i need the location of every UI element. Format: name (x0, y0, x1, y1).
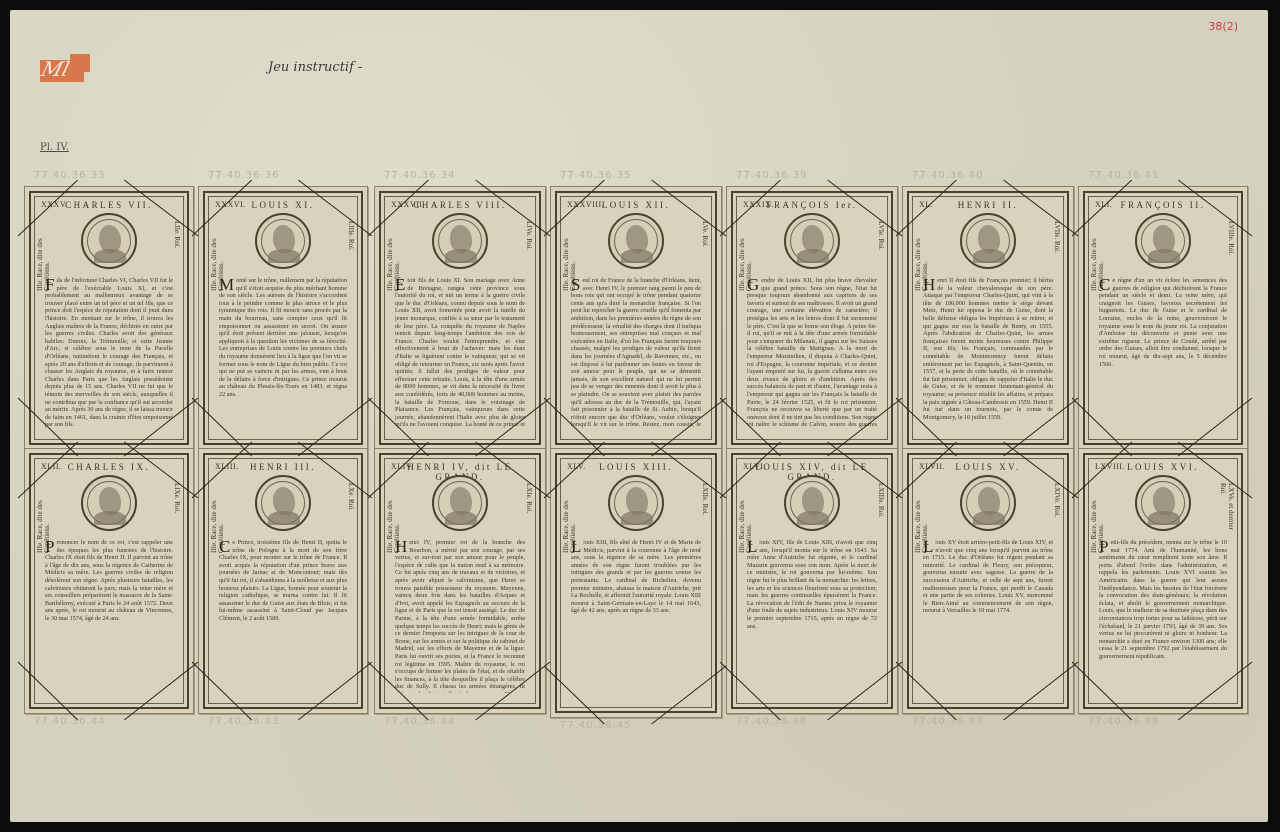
biography-body: ouis XV étoit arrière-petit-fils de Loui… (923, 539, 1053, 614)
drop-cap: L (747, 539, 757, 554)
card-frame: XXXV.CHARLES VII.IIIe. Race, dite des Ca… (29, 191, 189, 445)
card-frame: XLIV.HENRI IV, dit LE GRAND.IIIe. Race, … (379, 453, 541, 709)
inventory-number: 77.40.36.46 (736, 716, 807, 727)
king-name: LOUIS XI. (209, 200, 357, 210)
king-name: FRANÇOIS Ier. (737, 200, 887, 210)
portrait-medallion-icon (1135, 213, 1191, 269)
king-card: XXXVI.LOUIS XI.IIIe. Race, dite des Capé… (198, 186, 368, 450)
card-frame: XLIII.HENRI III.IIIe. Race, dite des Cap… (203, 453, 363, 709)
reign-order-label: LXIIIe. Roi. (875, 483, 885, 533)
card-frame: XXXVIII.LOUIS XII.IIIe. Race, dite des C… (555, 191, 717, 445)
card-frame-inner: XXXV.CHARLES VII.IIIe. Race, dite des Ca… (34, 196, 184, 440)
portrait-medallion-icon (960, 213, 1016, 269)
document-sheet: Ml Jeu instructif - Pl. IV. 38(2) XXXV.C… (10, 10, 1268, 822)
folio-number: 38(2) (1208, 20, 1238, 33)
reign-order-label: LXVe. et dernier Roi. (1225, 483, 1235, 533)
biography-body: enri II étoit fils de François premier; … (923, 277, 1053, 421)
reign-order-label: LXe. Roi. (345, 483, 355, 533)
card-frame: XLV.LOUIS XIII.IIIe. Race, dite des Capé… (555, 453, 717, 713)
card-frame: XXXVII.CHARLES VIII.IIIe. Race, dite des… (379, 191, 541, 445)
biography-text: Henri IV, premier roi de la branche des … (395, 539, 525, 693)
card-frame-inner: XLV.LOUIS XIII.IIIe. Race, dite des Capé… (560, 458, 712, 708)
reign-order-label: LVIIe. Roi. (1051, 221, 1061, 271)
king-name: LOUIS XV. (913, 462, 1063, 472)
drop-cap: C (1099, 277, 1110, 292)
biography-body: etit-fils du précédent, monta sur le trô… (1099, 539, 1227, 660)
inventory-number: 77.40.36.39 (736, 170, 807, 181)
inventory-number: 77.40.36.33 (34, 170, 105, 181)
portrait-medallion-icon (432, 475, 488, 531)
biography-text: Seul roi de France de la branche d'Orléa… (571, 277, 701, 429)
biography-text: Petit-fils du précédent, monta sur le tr… (1099, 539, 1227, 693)
biography-body: toit fils de Louis XI. Son mariage avec … (395, 277, 525, 429)
king-card: XLVI.LOUIS XIV, dit LE GRAND.IIIe. Race,… (726, 448, 898, 714)
drop-cap: F (45, 277, 54, 292)
biography-body: ils de l'infortuné Charles VI, Charles V… (45, 277, 173, 428)
portrait-medallion-icon (608, 213, 664, 269)
card-frame: XLII.CHARLES IX.IIIe. Race, dite des Cap… (29, 453, 189, 709)
reign-order-label: LIXe. Roi. (171, 483, 181, 533)
inventory-number: 77.40.36.36 (208, 170, 279, 181)
card-frame: XLVI.LOUIS XIV, dit LE GRAND.IIIe. Race,… (731, 453, 893, 709)
king-name: LOUIS XIII. (561, 462, 711, 472)
biography-text: Gendre de Louis XII, fut plus brave chev… (747, 277, 877, 429)
portrait-medallion-icon (784, 475, 840, 531)
card-frame: XL.HENRI II.IIIe. Race, dite des Capétie… (907, 191, 1069, 445)
card-frame-inner: LXVIII.LOUIS XVI.IIIe. Race, dite des Ca… (1088, 458, 1238, 704)
portrait-medallion-icon (81, 213, 137, 269)
biography-body: onté sur le trône, nullement par la répu… (219, 277, 347, 398)
inventory-number: 77.40.36.44 (34, 716, 105, 727)
king-card: XLV.LOUIS XIII.IIIe. Race, dite des Capé… (550, 448, 722, 718)
king-card: LXVIII.LOUIS XVI.IIIe. Race, dite des Ca… (1078, 448, 1248, 714)
card-frame-inner: XXXVI.LOUIS XI.IIIe. Race, dite des Capé… (208, 196, 358, 440)
biography-body: rononcer le nom de ce roi, c'est rappele… (45, 539, 173, 622)
biography-text: Monté sur le trône, nullement par la rép… (219, 277, 347, 429)
reign-order-label: LIVe. Roi. (523, 221, 533, 271)
biography-body: endre de Louis XII, fut plus brave cheva… (747, 277, 877, 429)
card-frame: LXVIII.LOUIS XVI.IIIe. Race, dite des Ca… (1083, 453, 1243, 709)
portrait-medallion-icon (608, 475, 664, 531)
king-name: CHARLES IX. (35, 462, 183, 472)
portrait-medallion-icon (1135, 475, 1191, 531)
king-card: XLIII.HENRI III.IIIe. Race, dite des Cap… (198, 448, 368, 714)
reign-order-label: LVIIIe. Roi. (1225, 221, 1235, 271)
card-frame-inner: XL.HENRI II.IIIe. Race, dite des Capétie… (912, 196, 1064, 440)
reign-order-label: LXIVe. Roi. (1051, 483, 1061, 533)
king-card: XLII.CHARLES IX.IIIe. Race, dite des Cap… (24, 448, 194, 714)
king-name: CHARLES VIII. (385, 200, 535, 210)
card-frame-inner: XLIV.HENRI IV, dit LE GRAND.IIIe. Race, … (384, 458, 536, 704)
drop-cap: P (1099, 539, 1108, 554)
portrait-medallion-icon (255, 213, 311, 269)
reign-order-label: LVIe. Roi. (875, 221, 885, 271)
portrait-medallion-icon (784, 213, 840, 269)
king-name: LOUIS XII. (561, 200, 711, 210)
biography-text: Ce règne d'un an vit éclore les semences… (1099, 277, 1227, 429)
biography-text: Étoit fils de Louis XI. Son mariage avec… (395, 277, 525, 429)
inventory-number: 77.40.36.45 (560, 720, 631, 731)
drop-cap: P (45, 539, 54, 554)
biography-text: Louis XV étoit arrière-petit-fils de Lou… (923, 539, 1053, 693)
reign-order-label: LXIIe. Roi. (699, 483, 709, 533)
biography-text: Louis XIV, fils de Louis XIII, n'avoit q… (747, 539, 877, 693)
king-name: FRANÇOIS II. (1089, 200, 1237, 210)
card-frame-inner: XLI.FRANÇOIS II.IIIe. Race, dite des Cap… (1088, 196, 1238, 440)
king-card: XXXV.CHARLES VII.IIIe. Race, dite des Ca… (24, 186, 194, 450)
inventory-number: 77.40.36.47 (912, 716, 983, 727)
biography-text: Ce Prince, troisième fils de Henri II, q… (219, 539, 347, 693)
collection-stamp: Ml (40, 52, 92, 86)
king-card: XXXIX.FRANÇOIS Ier.IIIe. Race, dite des … (726, 186, 898, 450)
king-card: XL.HENRI II.IIIe. Race, dite des Capétie… (902, 186, 1074, 450)
inventory-number: 77.40.36.40 (912, 170, 983, 181)
portrait-medallion-icon (81, 475, 137, 531)
portrait-medallion-icon (255, 475, 311, 531)
card-frame-inner: XLII.CHARLES IX.IIIe. Race, dite des Cap… (34, 458, 184, 704)
handwritten-title: Jeu instructif - (268, 60, 362, 75)
card-frame-inner: XXXVII.CHARLES VIII.IIIe. Race, dite des… (384, 196, 536, 440)
king-name: HENRI III. (209, 462, 357, 472)
inventory-number: 77.40.36.44 (384, 716, 455, 727)
drop-cap: M (219, 277, 234, 292)
inventory-number: 77.40.36.43 (208, 716, 279, 727)
king-card: XLI.FRANÇOIS II.IIIe. Race, dite des Cap… (1078, 186, 1248, 450)
card-frame-inner: XLVII.LOUIS XV.IIIe. Race, dite des Capé… (912, 458, 1064, 704)
drop-cap: G (747, 277, 759, 292)
reign-order-label: LIIe. Roi. (171, 221, 181, 271)
reign-order-label: LIIIe. Roi. (345, 221, 355, 271)
biography-text: Henri II étoit fils de François premier;… (923, 277, 1053, 429)
reign-order-label: LVe. Roi. (699, 221, 709, 271)
inventory-number: 77.40.36.48 (1088, 716, 1159, 727)
drop-cap: H (923, 277, 935, 292)
card-frame: XLVII.LOUIS XV.IIIe. Race, dite des Capé… (907, 453, 1069, 709)
card-frame: XLI.FRANÇOIS II.IIIe. Race, dite des Cap… (1083, 191, 1243, 445)
drop-cap: C (219, 539, 230, 554)
inventory-number: 77.40.36.34 (384, 170, 455, 181)
biography-body: e Prince, troisième fils de Henri II, qu… (219, 539, 347, 622)
drop-cap: L (923, 539, 933, 554)
king-card: XXXVIII.LOUIS XII.IIIe. Race, dite des C… (550, 186, 722, 450)
card-frame-inner: XXXIX.FRANÇOIS Ier.IIIe. Race, dite des … (736, 196, 888, 440)
biography-body: enri IV, premier roi de la branche des B… (395, 539, 525, 693)
biography-body: eul roi de France de la branche d'Orléan… (571, 277, 701, 429)
card-frame: XXXVI.LOUIS XI.IIIe. Race, dite des Capé… (203, 191, 363, 445)
king-name: CHARLES VII. (35, 200, 183, 210)
drop-cap: S (571, 277, 580, 292)
biography-body: ouis XIV, fils de Louis XIII, n'avoit qu… (747, 539, 877, 630)
card-frame-inner: XLVI.LOUIS XIV, dit LE GRAND.IIIe. Race,… (736, 458, 888, 704)
portrait-medallion-icon (432, 213, 488, 269)
king-card: XLVII.LOUIS XV.IIIe. Race, dite des Capé… (902, 448, 1074, 714)
card-frame-inner: XLIII.HENRI III.IIIe. Race, dite des Cap… (208, 458, 358, 704)
card-frame-inner: XXXVIII.LOUIS XII.IIIe. Race, dite des C… (560, 196, 712, 440)
king-name: LOUIS XVI. (1089, 462, 1237, 472)
reign-order-label: LXIe. Roi. (523, 483, 533, 533)
biography-body: e règne d'un an vit éclore les semences … (1099, 277, 1227, 368)
biography-body: ouis XIII, fils aîné de Henri IV et de M… (571, 539, 701, 614)
king-card: XXXVII.CHARLES VIII.IIIe. Race, dite des… (374, 186, 546, 450)
king-name: HENRI II. (913, 200, 1063, 210)
portrait-medallion-icon (960, 475, 1016, 531)
king-card: XLIV.HENRI IV, dit LE GRAND.IIIe. Race, … (374, 448, 546, 714)
biography-text: Prononcer le nom de ce roi, c'est rappel… (45, 539, 173, 693)
biography-text: Louis XIII, fils aîné de Henri IV et de … (571, 539, 701, 697)
drop-cap: H (395, 539, 407, 554)
stamp-mark: Ml (38, 54, 96, 84)
card-frame: XXXIX.FRANÇOIS Ier.IIIe. Race, dite des … (731, 191, 893, 445)
inventory-number: 77.40.36.35 (560, 170, 631, 181)
drop-cap: É (395, 277, 405, 292)
drop-cap: L (571, 539, 581, 554)
plate-label: Pl. IV. (40, 142, 69, 153)
biography-text: Fils de l'infortuné Charles VI, Charles … (45, 277, 173, 429)
inventory-number: 77.40.36.41 (1088, 170, 1159, 181)
